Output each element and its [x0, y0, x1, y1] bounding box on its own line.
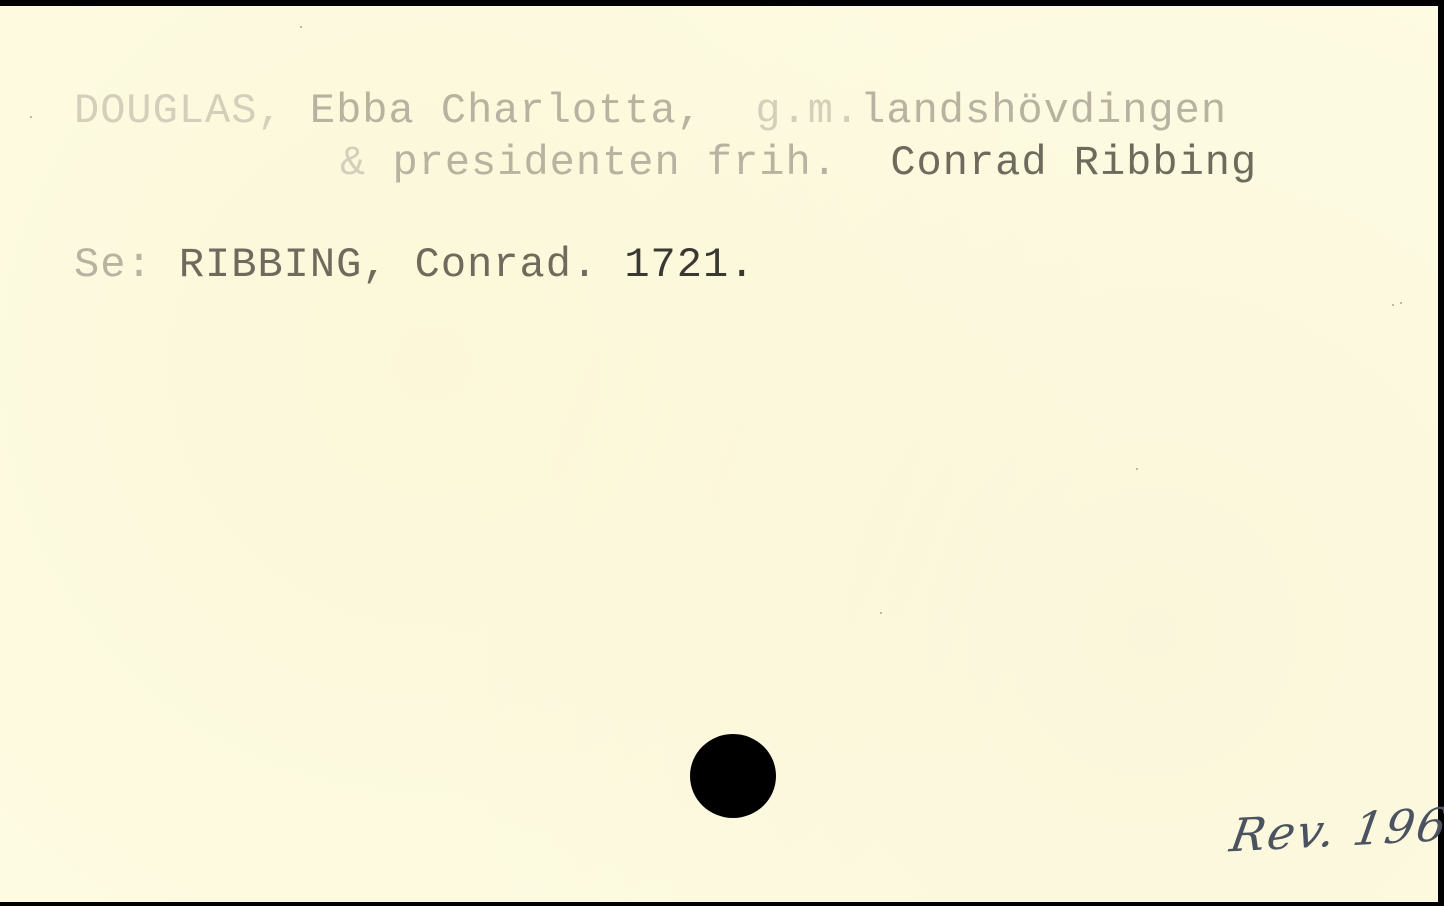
- spouse-name: Conrad Ribbing: [890, 139, 1257, 187]
- paper-speck: [880, 612, 882, 614]
- surname: DOUGLAS,: [74, 87, 284, 135]
- paper-speck: [1392, 304, 1394, 306]
- cross-reference-line: Se: RIBBING, Conrad. 1721.: [74, 244, 755, 286]
- ampersand: &: [340, 139, 366, 187]
- handwritten-revision-note: Rev. 1969: [1226, 796, 1444, 863]
- punch-hole: [690, 734, 776, 818]
- heading-line: DOUGLAS, Ebba Charlotta, g.m.landshövdin…: [74, 90, 1227, 132]
- given-names: Ebba Charlotta,: [310, 87, 703, 135]
- paper-speck: [300, 26, 302, 28]
- paper-speck: [1400, 302, 1402, 304]
- see-year: 1721.: [624, 241, 755, 289]
- continuation-line: & presidenten frih. Conrad Ribbing: [340, 142, 1257, 184]
- see-target: RIBBING, Conrad.: [179, 241, 598, 289]
- index-card: DOUGLAS, Ebba Charlotta, g.m.landshövdin…: [0, 6, 1438, 902]
- paper-speck: [30, 116, 32, 118]
- see-label: Se:: [74, 241, 153, 289]
- title-text: landshövdingen: [860, 87, 1227, 135]
- marriage-abbrev: g.m.: [755, 87, 860, 135]
- paper-speck: [1136, 468, 1138, 470]
- role-text: presidenten frih.: [392, 139, 837, 187]
